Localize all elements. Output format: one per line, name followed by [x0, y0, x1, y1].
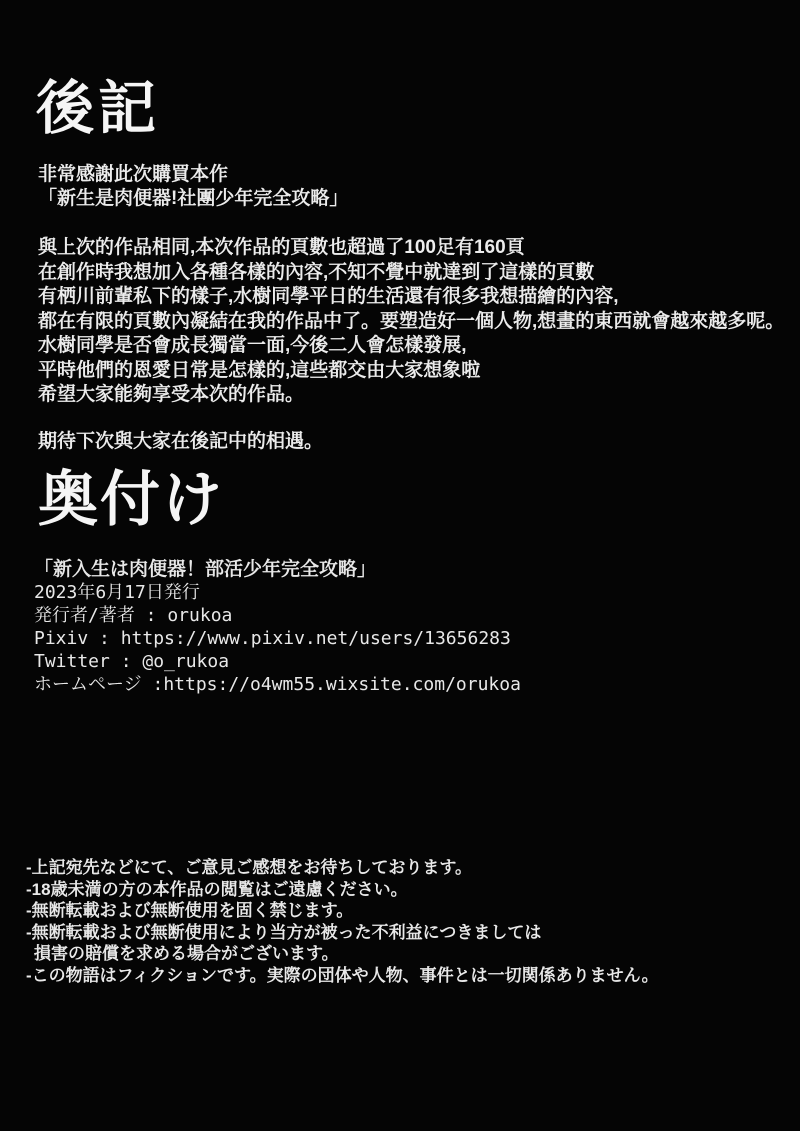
colophon-author: 発行者/著者 : orukoa [34, 604, 521, 627]
colophon-twitter-handle: Twitter : @o_rukoa [34, 650, 521, 673]
afterword-closing-line: 期待下次與大家在後記中的相遇。 [38, 430, 323, 454]
colophon: 「新入生は肉便器！部活少年完全攻略」 2023年6月17日発行 発行者/著者 :… [34, 558, 521, 696]
colophon-pixiv-url: Pixiv : https://www.pixiv.net/users/1365… [34, 627, 521, 650]
afterword-intro-line: 非常感謝此次購買本作 [38, 163, 348, 187]
afterword-body-line: 平時他們的恩愛日常是怎樣的,這些都交由大家想象啦 [38, 359, 784, 384]
colophon-book-title: 「新入生は肉便器！部活少年完全攻略」 [34, 558, 521, 581]
notices: -上記宛先などにて、ご意見ご感想をお待ちしております。 -18歳未満の方の本作品… [26, 857, 659, 986]
notice-feedback: -上記宛先などにて、ご意見ご感想をお待ちしております。 [26, 857, 659, 879]
afterword-body-line: 都在有限的頁數內凝結在我的作品中了。要塑造好一個人物,想畫的東西就會越來越多呢。 [38, 310, 784, 335]
colophon-title: 奥付け [38, 466, 224, 535]
afterword-body-line: 水樹同學是否會成長獨當一面,今後二人會怎樣發展, [38, 334, 784, 359]
afterword-intro: 非常感謝此次購買本作 「新生是肉便器!社團少年完全攻略」 [38, 163, 348, 211]
notice-age-restriction: -18歳未満の方の本作品の閲覧はご遠慮ください。 [26, 879, 659, 901]
afterword-body-line: 在創作時我想加入各種各樣的內容,不知不覺中就達到了這樣的頁數 [38, 261, 784, 286]
notice-fiction-disclaimer: -この物語はフィクションです。実際の団体や人物、事件とは一切関係ありません。 [26, 965, 659, 987]
notice-no-reproduction: -無断転載および無断使用を固く禁じます。 [26, 900, 659, 922]
colophon-publish-date: 2023年6月17日発行 [34, 581, 521, 604]
afterword-body-line: 與上次的作品相同,本次作品的頁數也超過了100足有160頁 [38, 236, 784, 261]
afterword-body: 與上次的作品相同,本次作品的頁數也超過了100足有160頁 在創作時我想加入各種… [38, 236, 784, 408]
afterword-page: 後記 非常感謝此次購買本作 「新生是肉便器!社團少年完全攻略」 與上次的作品相同… [0, 0, 800, 1131]
afterword-body-line: 有栖川前輩私下的樣子,水樹同學平日的生活還有很多我想描繪的內容, [38, 285, 784, 310]
afterword-body-line: 希望大家能夠享受本次的作品。 [38, 383, 784, 408]
colophon-homepage-url: ホームページ :https://o4wm55.wixsite.com/oruko… [34, 673, 521, 696]
notice-damages-2: 損害の賠償を求める場合がございます。 [26, 943, 659, 965]
afterword-title: 後記 [36, 80, 160, 138]
afterword-intro-book-title: 「新生是肉便器!社團少年完全攻略」 [38, 187, 348, 211]
notice-damages-1: -無断転載および無断使用により当方が被った不利益につきましては [26, 922, 659, 944]
